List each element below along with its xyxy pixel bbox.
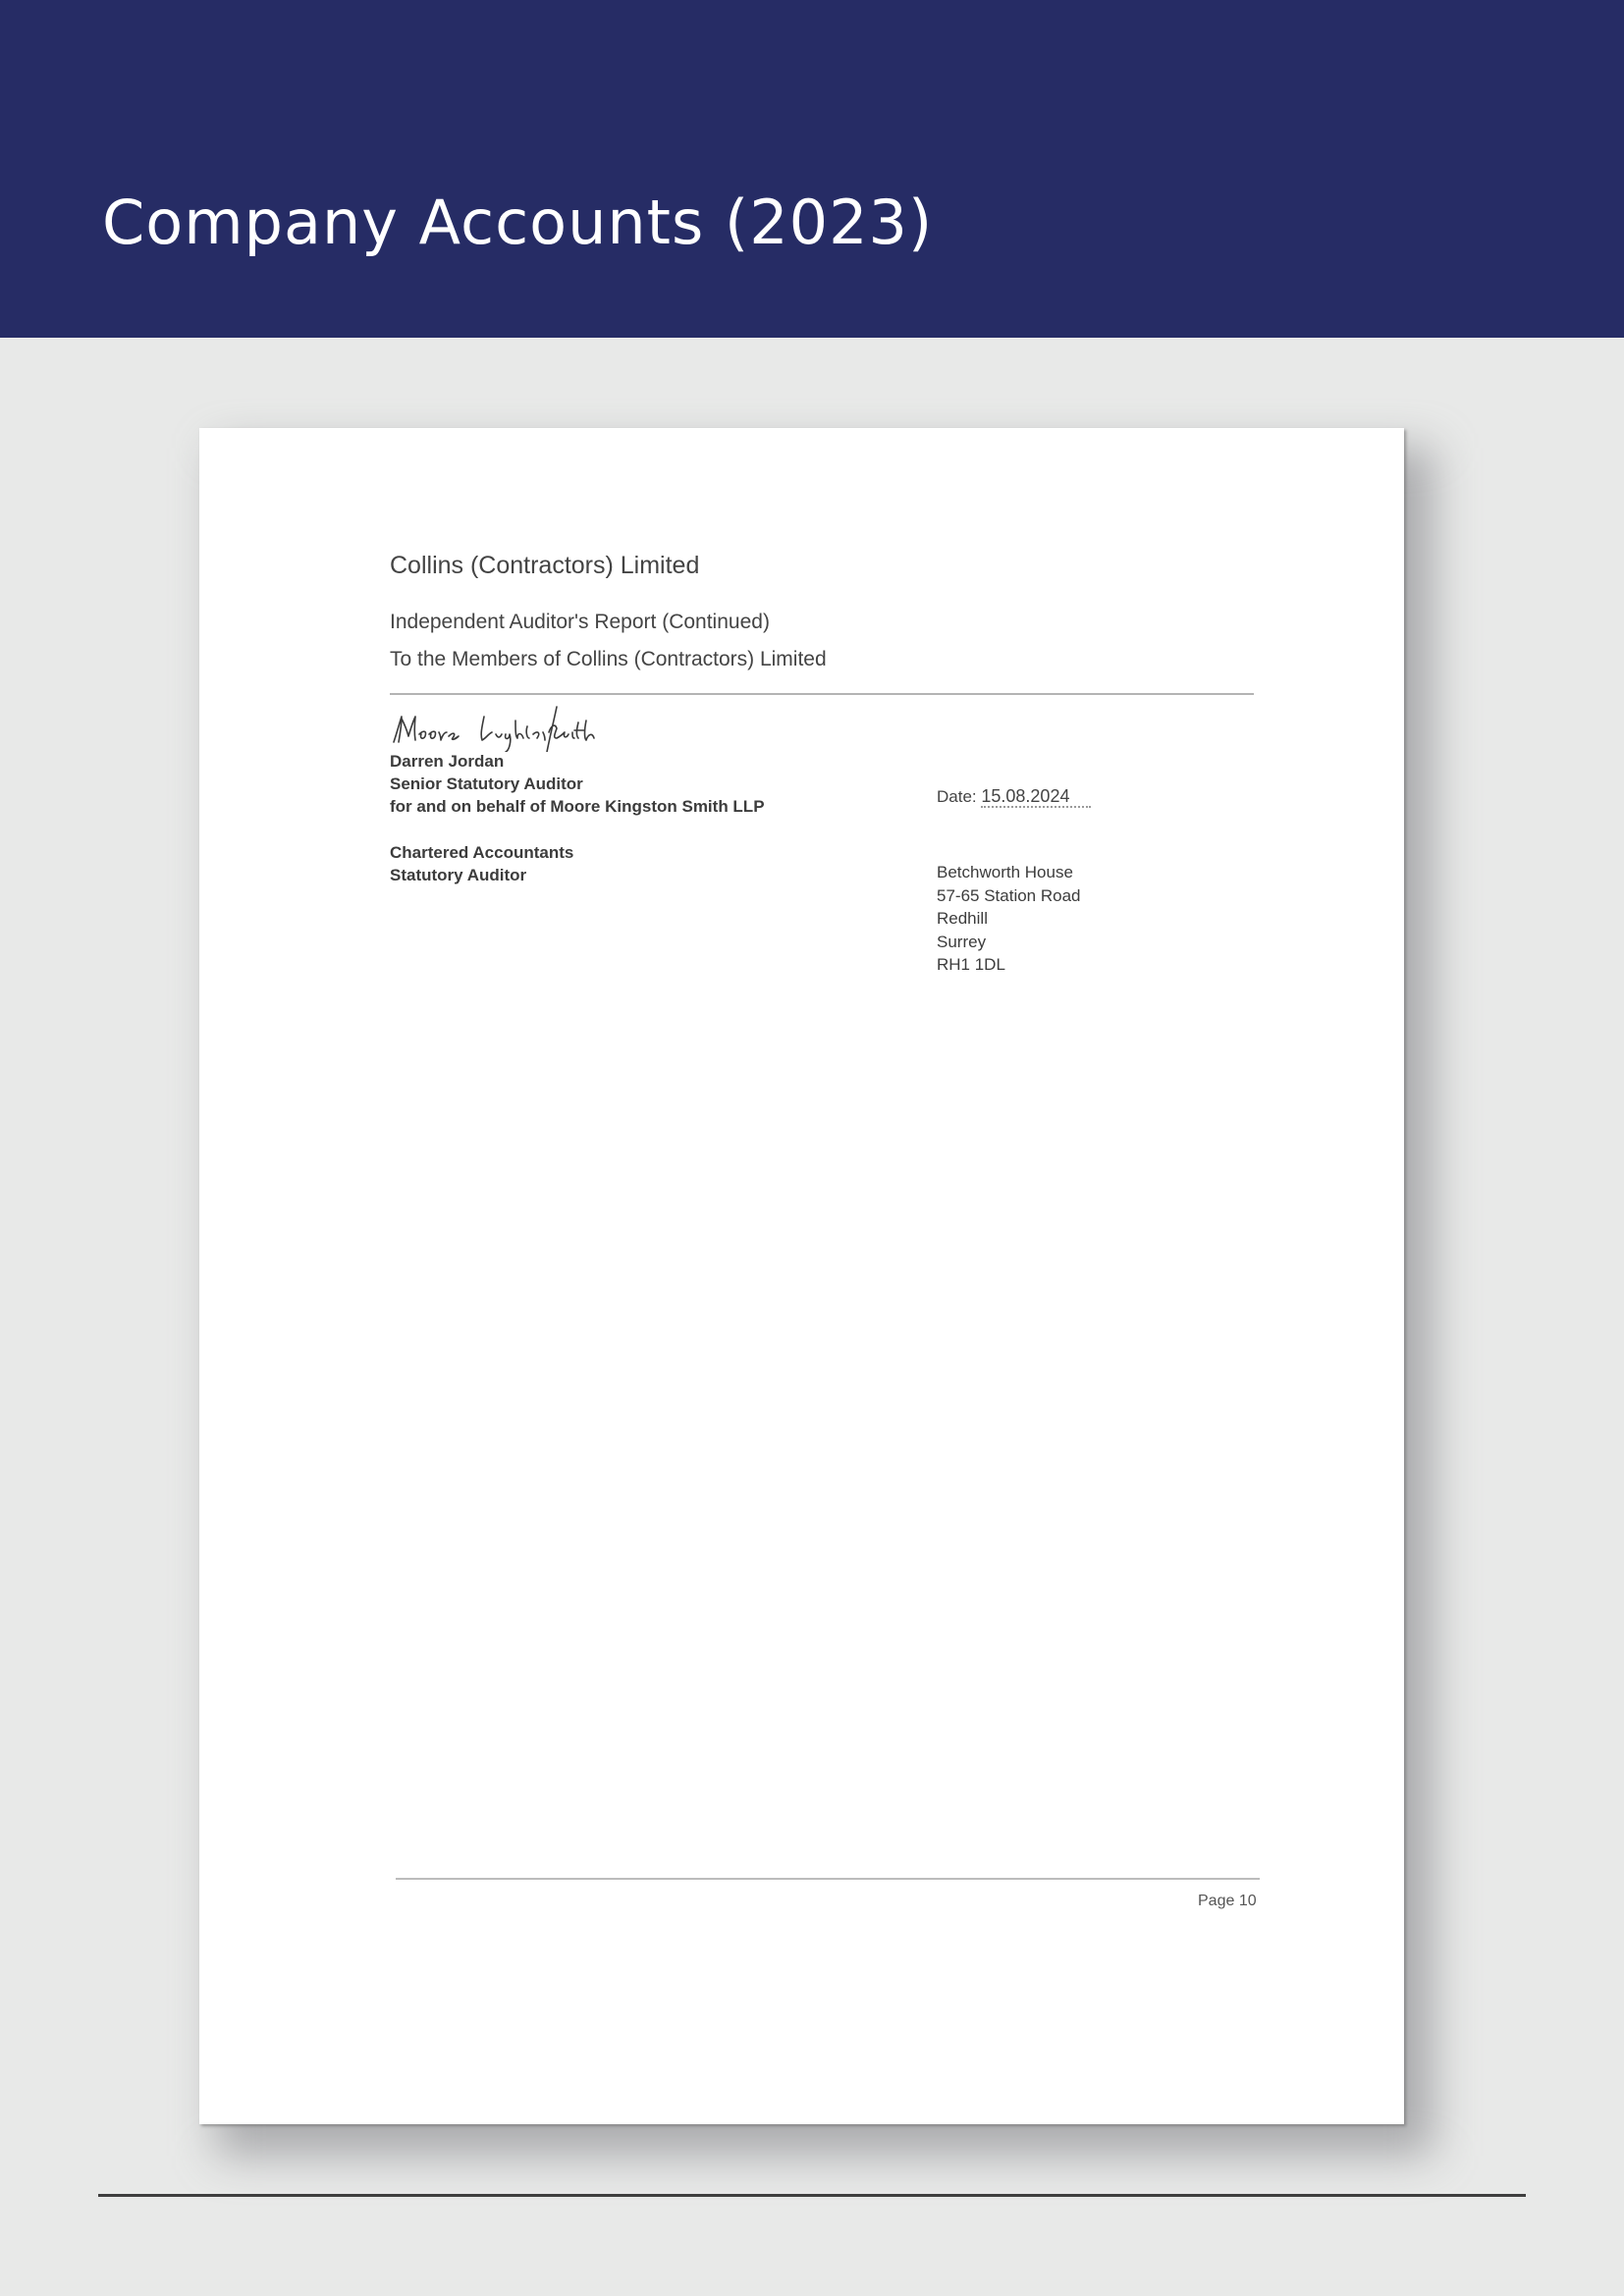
header-divider — [390, 693, 1254, 695]
footer-rule — [98, 2194, 1526, 2197]
company-name: Collins (Contractors) Limited — [390, 554, 699, 578]
signatory-name: Darren Jordan — [390, 750, 765, 773]
designation-statutory: Statutory Auditor — [390, 864, 765, 886]
address-line: Redhill — [937, 907, 1081, 931]
address-line: Betchworth House — [937, 861, 1081, 884]
signatory-role: Senior Statutory Auditor — [390, 773, 765, 795]
date-row: Date: 15.08.2024 — [937, 786, 1091, 808]
address-line: Surrey — [937, 931, 1081, 954]
header-band: Company Accounts (2023) — [0, 0, 1624, 338]
address-line: 57-65 Station Road — [937, 884, 1081, 908]
date-label: Date: — [937, 787, 977, 806]
document-page: Collins (Contractors) Limited Independen… — [199, 428, 1404, 2124]
footer-divider — [396, 1878, 1260, 1880]
page-title: Company Accounts (2023) — [102, 192, 933, 253]
report-title: Independent Auditor's Report (Continued) — [390, 612, 770, 632]
auditor-address: Betchworth House 57-65 Station Road Redh… — [937, 861, 1081, 977]
designation-chartered: Chartered Accountants — [390, 841, 765, 864]
date-value: 15.08.2024 — [981, 786, 1091, 808]
addressee: To the Members of Collins (Contractors) … — [390, 649, 827, 669]
signatory-firm: for and on behalf of Moore Kingston Smit… — [390, 795, 765, 818]
handwritten-signature — [390, 697, 616, 752]
address-line: RH1 1DL — [937, 953, 1081, 977]
page-number: Page 10 — [1198, 1893, 1257, 1910]
signatory-block: Darren Jordan Senior Statutory Auditor f… — [390, 750, 765, 886]
